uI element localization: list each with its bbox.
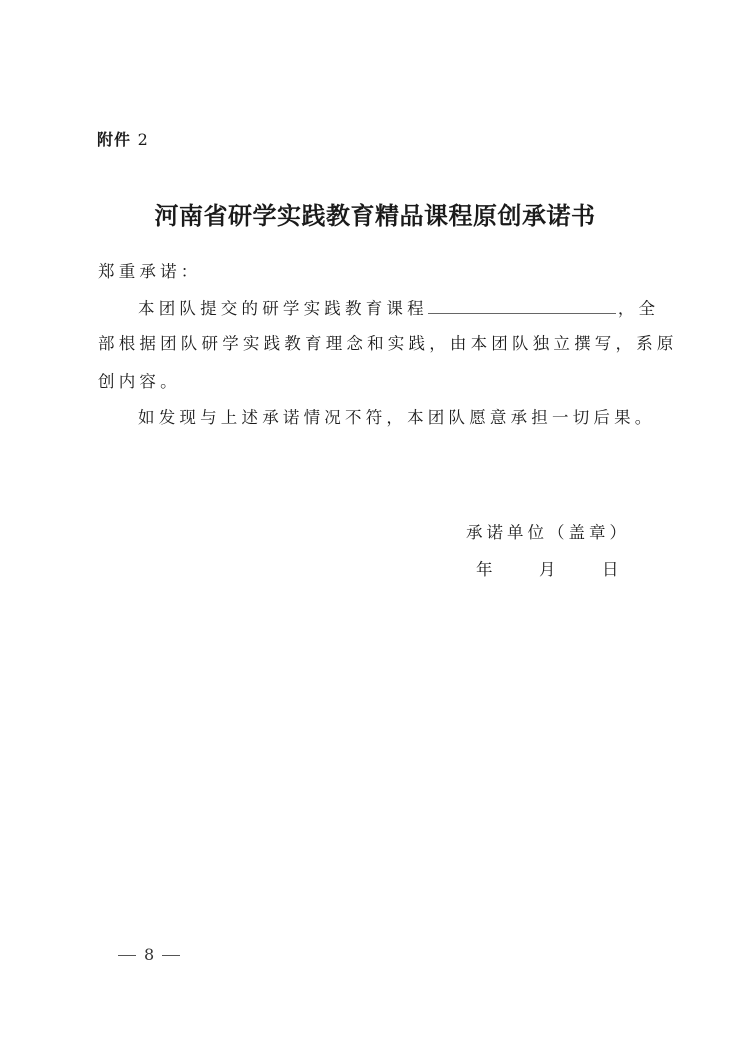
date-row: 年月日 [476, 556, 619, 580]
salutation: 郑重承诺： [98, 262, 202, 282]
page-number-value: 8 [144, 945, 154, 964]
paragraph-1-prefix: 本团队提交的研学实践教育课程 [138, 299, 428, 318]
document-title: 河南省研学实践教育精品课程原创承诺书 [0, 196, 750, 231]
paragraph-1-line-1: 本团队提交的研学实践教育课程，全 [138, 298, 659, 319]
paragraph-1-line-2: 部根据团队研学实践教育理念和实践，由本团队独立撰写，系原 [98, 334, 678, 354]
date-year: 年 [476, 556, 539, 580]
page-number: 8 [110, 945, 188, 964]
dash-right [162, 955, 180, 956]
attachment-label-text: 附件 [97, 130, 131, 149]
paragraph-1-suffix: ，全 [618, 299, 659, 318]
paragraph-1-line-3: 创内容。 [98, 372, 181, 392]
document-page: 附件 2 河南省研学实践教育精品课程原创承诺书 郑重承诺： 本团队提交的研学实践… [0, 0, 750, 1061]
attachment-label: 附件 2 [97, 127, 149, 150]
paragraph-2: 如发现与上述承诺情况不符，本团队愿意承担一切后果。 [138, 408, 656, 428]
date-month: 月 [539, 556, 602, 580]
attachment-number: 2 [138, 130, 149, 149]
date-day: 日 [602, 556, 619, 580]
signature-label: 承诺单位（盖章） [466, 519, 630, 543]
course-name-blank [428, 298, 616, 314]
dash-left [118, 955, 136, 956]
